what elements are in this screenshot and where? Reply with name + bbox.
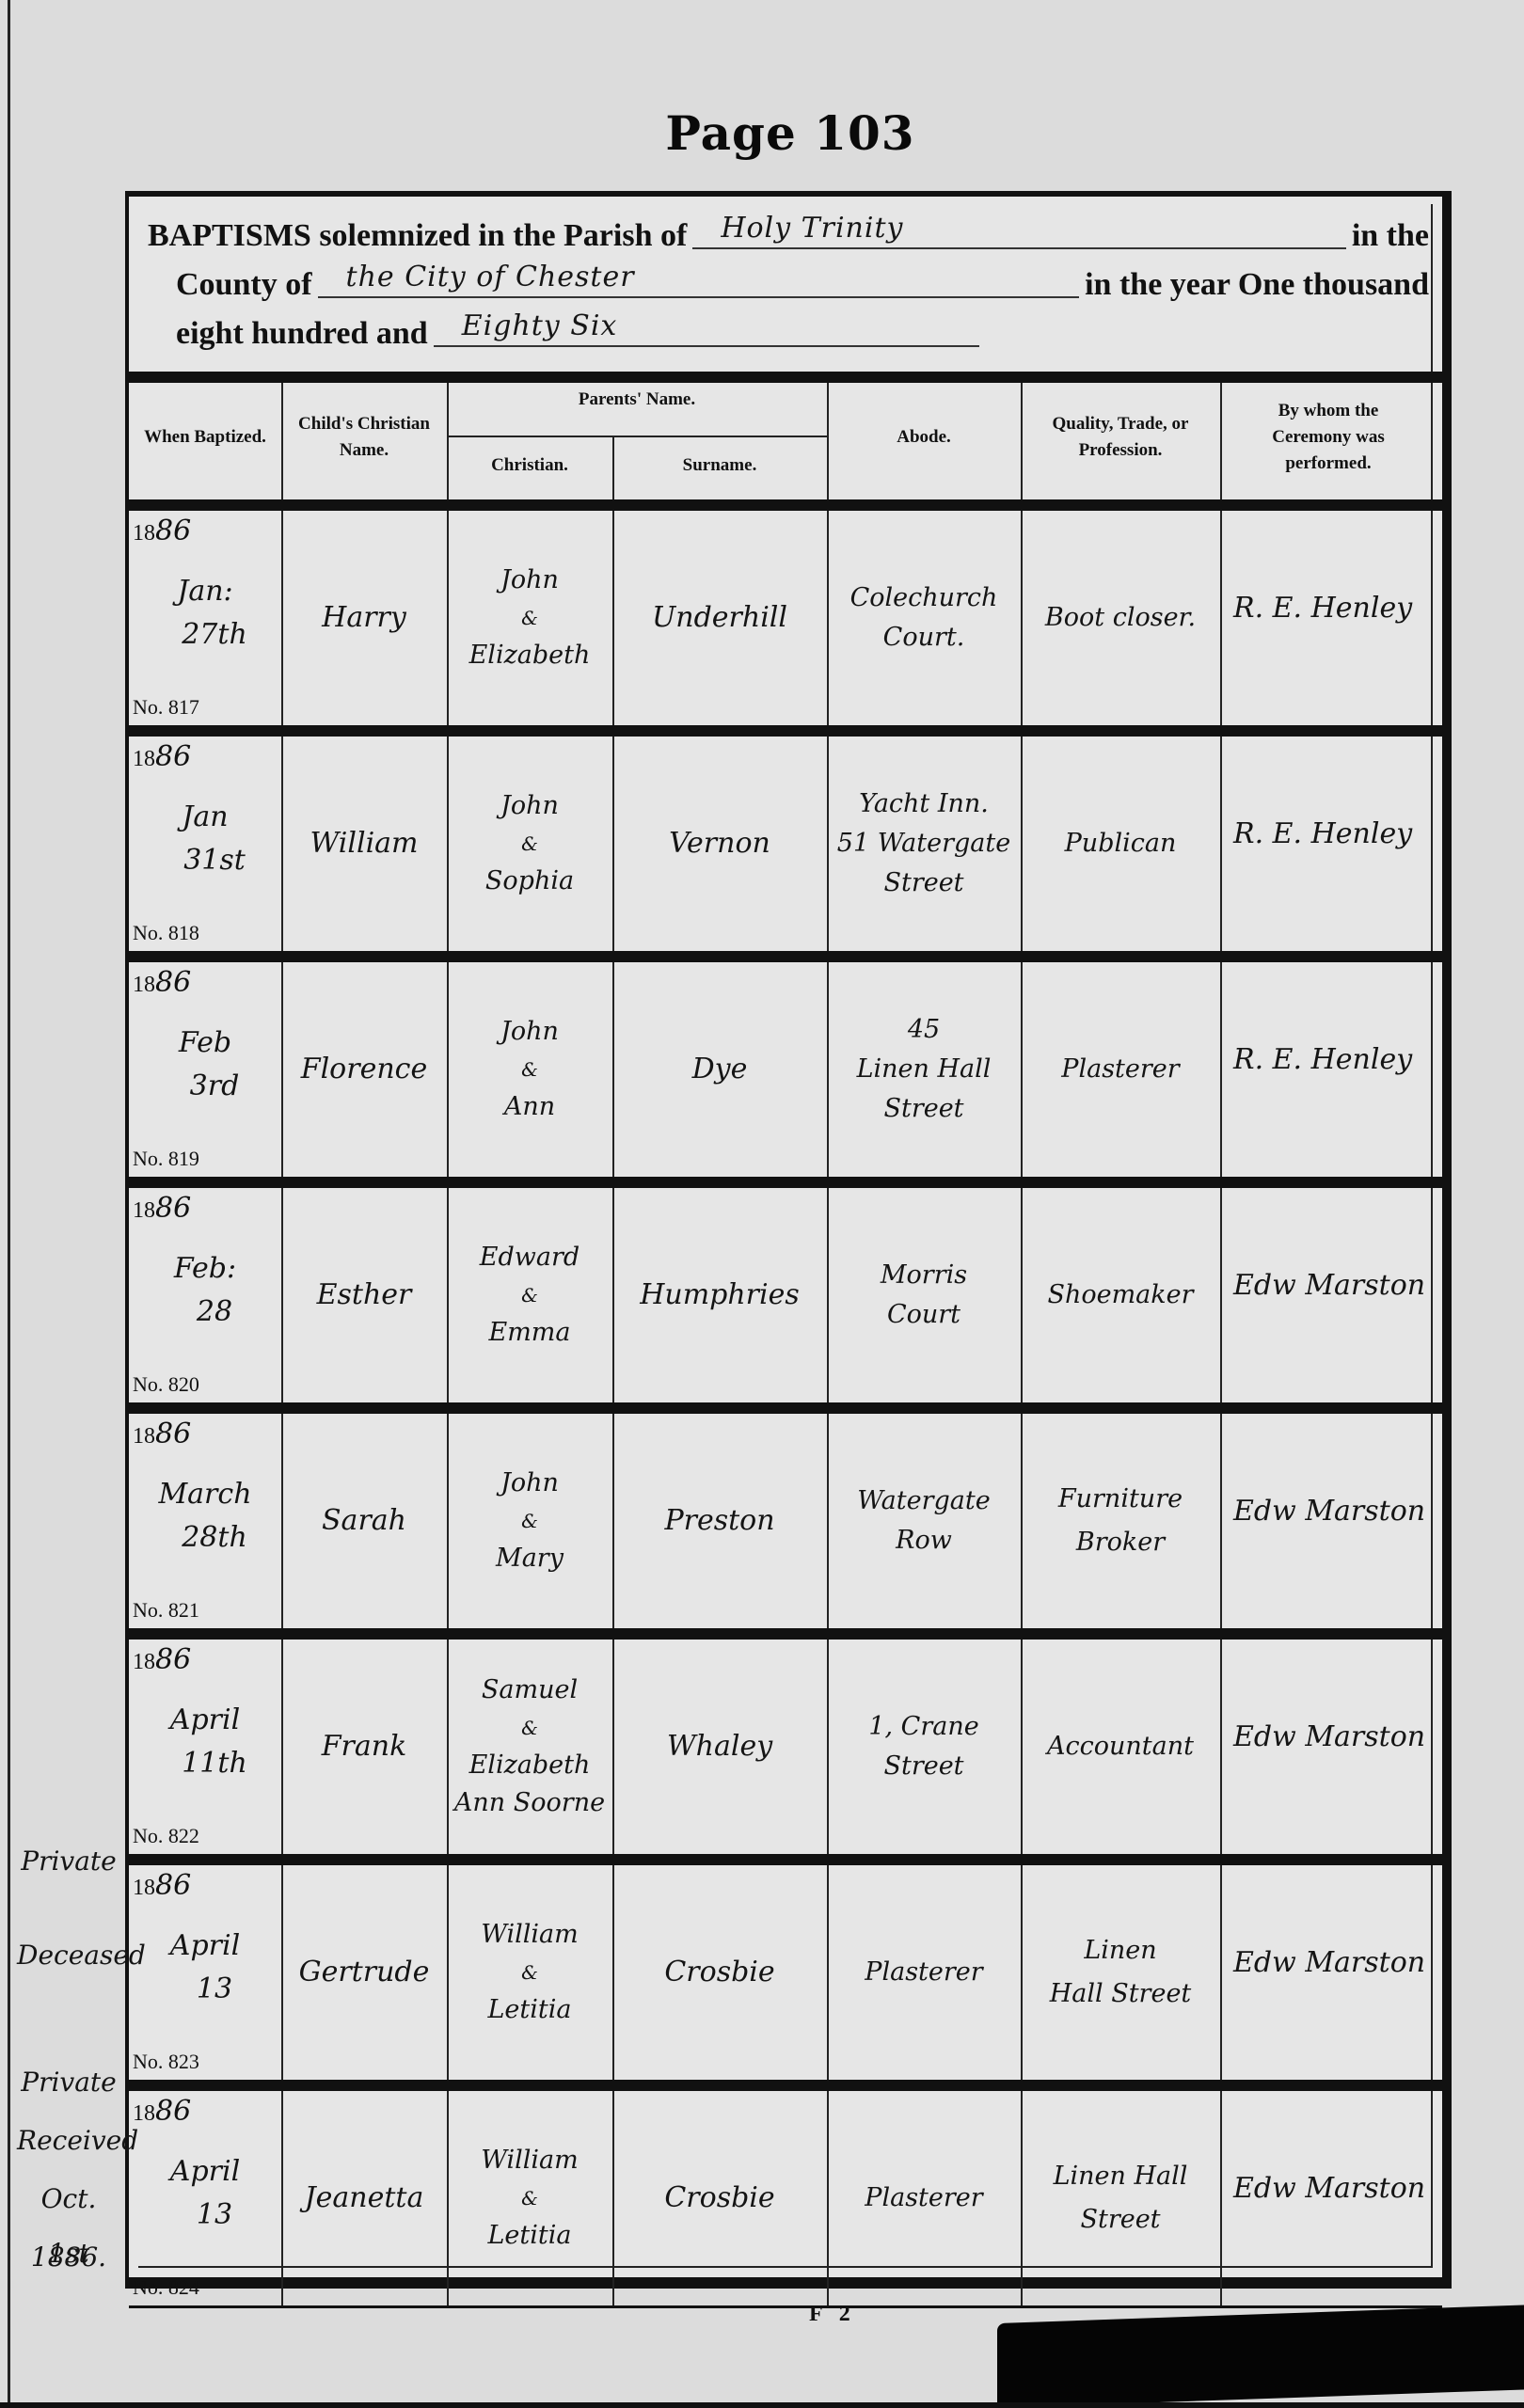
column-divider — [827, 2091, 829, 2305]
column-divider — [1220, 511, 1222, 725]
abode-line: Court — [887, 1295, 960, 1335]
column-divider — [1220, 1640, 1222, 1854]
abode-line: Street — [883, 863, 963, 903]
rule — [129, 1402, 1442, 1414]
rule — [129, 499, 1442, 511]
column-divider — [827, 511, 829, 725]
column-divider — [827, 1640, 829, 1854]
column-divider — [1021, 962, 1023, 1177]
entry-number: No. 821 — [133, 1598, 199, 1623]
margin-note: Private — [17, 1834, 120, 1889]
column-divider — [1021, 737, 1023, 951]
baptism-day: 28th — [163, 1516, 247, 1560]
year-value: Eighty Six — [462, 304, 618, 349]
when-baptized: Jan31st — [129, 765, 281, 913]
column-divider — [827, 962, 829, 1177]
parent2-name: Letitia — [488, 1991, 572, 2029]
column-divider — [281, 1865, 283, 2080]
parents-surname: Vernon — [612, 737, 827, 951]
column-divider — [281, 1414, 283, 1628]
register-entry: 1886Jan31stWilliamJohn&SophiaVernonYacht… — [129, 737, 1442, 951]
column-divider — [447, 383, 449, 499]
profession-line: Publican — [1065, 822, 1177, 865]
column-divider — [1021, 1188, 1023, 1402]
child-name: Sarah — [281, 1414, 447, 1628]
entry-number: No. 818 — [133, 921, 199, 945]
column-divider — [1220, 962, 1222, 1177]
parent2-name: Emma — [488, 1314, 570, 1352]
column-divider — [612, 2091, 614, 2305]
parents-christian: Edward&Emma — [447, 1197, 612, 1393]
column-divider — [1021, 511, 1023, 725]
register-grid: When Baptized. Child's Christian Name. P… — [129, 372, 1442, 2277]
profession: Accountant — [1021, 1649, 1220, 1845]
parents-christian: John&Mary — [447, 1423, 612, 1619]
parents-surname: Crosbie — [612, 1865, 827, 2080]
child-name: Gertrude — [281, 1865, 447, 2080]
column-divider — [827, 1188, 829, 1402]
baptism-month: April — [170, 1925, 240, 1968]
column-divider — [612, 1414, 614, 1628]
profession-line: Furniture — [1058, 1478, 1183, 1521]
column-divider — [1021, 1640, 1023, 1854]
parents-surname: Preston — [612, 1414, 827, 1628]
heading-text: County of — [176, 262, 312, 308]
column-divider — [281, 1640, 283, 1854]
abode-line: Watergate — [857, 1481, 990, 1521]
child-name: William — [281, 737, 447, 951]
abode: Plasterer — [827, 2100, 1021, 2296]
parents-christian: John&Ann — [447, 972, 612, 1167]
when-baptized: Feb:28 — [129, 1216, 281, 1365]
baptism-register: BAPTISMS solemnized in the Parish of Hol… — [125, 191, 1452, 2289]
abode: MorrisCourt — [827, 1197, 1021, 1393]
baptism-month: March — [158, 1473, 251, 1516]
abode: 1, CraneStreet — [827, 1649, 1021, 1845]
margin-note: 1886. — [17, 2230, 120, 2285]
rule — [129, 725, 1442, 737]
baptism-month: April — [170, 2150, 240, 2194]
col-parents: Parents' Name. — [447, 381, 827, 419]
profession: FurnitureBroker — [1021, 1423, 1220, 1619]
parent1-name: Edward — [480, 1239, 579, 1276]
entry-number: No. 820 — [133, 1372, 199, 1397]
heading-text: in the — [1352, 214, 1429, 259]
when-baptized: March28th — [129, 1442, 281, 1591]
parents-christian: William&Letitia — [447, 1875, 612, 2070]
parent2-name: Ann — [504, 1088, 555, 1126]
entry-number: No. 824 — [133, 2275, 199, 2300]
child-name: Jeanetta — [281, 2091, 447, 2305]
rule — [129, 1854, 1442, 1865]
baptism-day: 11th — [163, 1742, 247, 1785]
register-entry: 1886Feb:28EstherEdward&EmmaHumphriesMorr… — [129, 1188, 1442, 1402]
parents-surname: Crosbie — [612, 2091, 827, 2305]
when-baptized: April11th — [129, 1668, 281, 1816]
profession-line: Boot closer. — [1045, 596, 1196, 640]
rule — [129, 1628, 1442, 1640]
parents-joiner: & — [521, 1709, 538, 1747]
column-divider — [612, 962, 614, 1177]
rule — [129, 2305, 1442, 2308]
column-divider — [281, 511, 283, 725]
register-entry: 1886Jan:27thHarryJohn&ElizabethUnderhill… — [129, 511, 1442, 725]
column-divider — [281, 2091, 283, 2305]
abode-line: Court. — [883, 618, 965, 657]
parent1-name: John — [500, 1465, 559, 1502]
abode: Yacht Inn.51 WatergateStreet — [827, 746, 1021, 942]
column-divider — [447, 1865, 449, 2080]
profession-line: Accountant — [1047, 1725, 1194, 1768]
officiant: Edw Marston — [1220, 1640, 1455, 1835]
rule — [129, 2080, 1442, 2091]
baptism-month: Jan: — [177, 570, 232, 613]
year-field: Eighty Six — [434, 308, 979, 347]
baptism-month: Jan — [182, 796, 228, 839]
column-divider — [1220, 1865, 1222, 2080]
page-edge — [8, 0, 10, 2408]
county-field: the City of Chester — [318, 259, 1080, 298]
abode-line: Plasterer — [865, 1953, 982, 1992]
col-parents-christian: Christian. — [447, 437, 612, 494]
parent2-name: Sophia — [485, 863, 574, 900]
heading-text: BAPTISMS solemnized in the Parish of — [148, 214, 687, 259]
officiant: R. E. Henley — [1220, 737, 1455, 932]
parent1-name: Samuel — [482, 1671, 578, 1709]
register-entry: 1886April11thFrankSamuel&Elizabeth Ann S… — [129, 1640, 1442, 1854]
column-divider — [1220, 737, 1222, 951]
col-officiant: By whom the Ceremony was performed. — [1220, 381, 1437, 494]
parents-surname: Underhill — [612, 511, 827, 725]
profession: Shoemaker — [1021, 1197, 1220, 1393]
parent2-name: Letitia — [488, 2217, 572, 2255]
margin-note: Received — [17, 2114, 120, 2168]
profession: Publican — [1021, 746, 1220, 942]
abode: ColechurchCourt. — [827, 520, 1021, 716]
parents-joiner: & — [521, 825, 538, 863]
rule — [129, 951, 1442, 962]
heading-text: in the year One thousand — [1085, 262, 1429, 308]
parish-field: Holy Trinity — [692, 210, 1346, 249]
column-divider — [447, 1640, 449, 1854]
parent1-name: John — [500, 562, 559, 599]
column-divider — [612, 511, 614, 725]
child-name: Esther — [281, 1188, 447, 1402]
baptism-day: 13 — [178, 1968, 232, 2011]
parents-joiner: & — [521, 1502, 538, 1540]
column-divider — [447, 962, 449, 1177]
column-divider — [1220, 1188, 1222, 1402]
col-quality: Quality, Trade, or Profession. — [1021, 381, 1220, 494]
profession: Linen HallStreet — [1021, 2100, 1220, 2296]
column-divider — [447, 1188, 449, 1402]
parent2-name: Mary — [496, 1540, 564, 1577]
abode-line: 1, Crane — [868, 1707, 978, 1747]
col-when: When Baptized. — [129, 381, 281, 494]
officiant: Edw Marston — [1220, 1865, 1455, 2061]
column-divider — [1220, 2091, 1222, 2305]
parent2-name: Elizabeth — [469, 637, 591, 674]
officiant: R. E. Henley — [1220, 962, 1455, 1158]
column-divider — [447, 2091, 449, 2305]
parents-joiner: & — [521, 2179, 538, 2217]
parents-christian: John&Sophia — [447, 746, 612, 942]
column-divider — [1021, 383, 1023, 499]
parish-value: Holy Trinity — [721, 206, 903, 251]
heading-line-county: County of the City of Chester in the yea… — [148, 259, 1429, 308]
column-divider — [612, 1188, 614, 1402]
column-divider — [447, 511, 449, 725]
abode-line: 51 Watergate — [837, 824, 1010, 863]
heading-line-parish: BAPTISMS solemnized in the Parish of Hol… — [148, 210, 1429, 259]
baptism-month: Feb: — [174, 1247, 236, 1291]
column-divider — [1021, 2091, 1023, 2305]
officiant: R. E. Henley — [1220, 511, 1455, 706]
profession-line: Shoemaker — [1047, 1274, 1193, 1317]
parents-christian: Samuel&Elizabeth Ann Soorne — [447, 1649, 612, 1845]
baptism-day: 27th — [163, 613, 247, 657]
column-divider — [1220, 383, 1222, 499]
child-name: Harry — [281, 511, 447, 725]
baptism-day: 31st — [165, 839, 246, 882]
when-baptized: April13 — [129, 1893, 281, 2042]
parents-joiner: & — [521, 1954, 538, 1991]
child-name: Florence — [281, 962, 447, 1177]
scan-edge — [0, 2402, 1524, 2408]
baptism-day: 3rd — [171, 1065, 240, 1108]
when-baptized: Jan:27th — [129, 539, 281, 688]
entry-number: No. 817 — [133, 695, 199, 720]
page-title: Page 103 — [0, 105, 1524, 161]
parent1-name: John — [500, 1013, 559, 1051]
col-abode: Abode. — [827, 381, 1021, 494]
officiant: Edw Marston — [1220, 1414, 1455, 1609]
profession-line: Broker — [1076, 1521, 1165, 1564]
column-divider — [281, 1188, 283, 1402]
profession-line: Hall Street — [1050, 1972, 1192, 2016]
column-divider — [827, 1414, 829, 1628]
parents-christian: John&Elizabeth — [447, 520, 612, 716]
margin-note: Deceased — [17, 1928, 120, 1983]
profession-line: Linen — [1084, 1929, 1156, 1972]
abode-line: Morris — [881, 1256, 967, 1295]
profession-line: Street — [1080, 2198, 1160, 2242]
profession-line: Linen Hall — [1054, 2155, 1188, 2198]
abode-line: Colechurch — [850, 578, 998, 618]
when-baptized: Feb3rd — [129, 990, 281, 1139]
parent1-name: William — [481, 2142, 579, 2179]
parents-joiner: & — [521, 1276, 538, 1314]
column-divider — [1021, 1865, 1023, 2080]
column-divider — [827, 383, 829, 499]
abode: Plasterer — [827, 1875, 1021, 2070]
column-divider — [281, 737, 283, 951]
column-divider — [447, 1414, 449, 1628]
abode: 45Linen HallStreet — [827, 972, 1021, 1167]
parents-joiner: & — [521, 1051, 538, 1088]
footer-mark: F 2 — [809, 2302, 856, 2327]
column-divider — [612, 1865, 614, 2080]
profession: Boot closer. — [1021, 520, 1220, 716]
column-divider — [281, 962, 283, 1177]
column-divider — [612, 1640, 614, 1854]
when-baptized: April13 — [129, 2119, 281, 2268]
rule — [129, 1177, 1442, 1188]
register-entry: 1886April13GertrudeWilliam&LetitiaCrosbi… — [129, 1865, 1442, 2080]
column-divider — [827, 737, 829, 951]
baptism-month: Feb — [179, 1022, 231, 1065]
abode-line: Row — [896, 1521, 952, 1560]
register-entry: 1886April13JeanettaWilliam&LetitiaCrosbi… — [129, 2091, 1442, 2305]
margin-note: Private — [17, 2055, 120, 2110]
abode-line: Street — [883, 1747, 963, 1786]
profession: Plasterer — [1021, 972, 1220, 1167]
profession: LinenHall Street — [1021, 1875, 1220, 2070]
column-divider — [1220, 1414, 1222, 1628]
column-divider — [1021, 1414, 1023, 1628]
entry-number: No. 819 — [133, 1147, 199, 1171]
scan-shadow — [997, 2305, 1524, 2408]
entry-number: No. 823 — [133, 2050, 199, 2074]
abode-line: Street — [883, 1089, 963, 1129]
parent1-name: John — [500, 787, 559, 825]
county-value: the City of Chester — [346, 255, 635, 300]
heading-text: eight hundred and — [176, 311, 428, 356]
parent2-name: Elizabeth Ann Soorne — [447, 1747, 612, 1822]
register-entry: 1886March28thSarahJohn&MaryPrestonWaterg… — [129, 1414, 1442, 1628]
officiant: Edw Marston — [1220, 2091, 1455, 2287]
heading-line-year: eight hundred and Eighty Six — [148, 308, 985, 356]
parent1-name: William — [481, 1916, 579, 1954]
column-divider — [612, 737, 614, 951]
baptism-day: 13 — [178, 2194, 232, 2237]
child-name: Frank — [281, 1640, 447, 1854]
entry-number: No. 822 — [133, 1824, 199, 1848]
baptism-month: April — [170, 1699, 240, 1742]
parents-surname: Whaley — [612, 1640, 827, 1854]
register-heading: BAPTISMS solemnized in the Parish of Hol… — [148, 210, 1429, 351]
column-divider — [281, 383, 283, 499]
profession-line: Plasterer — [1061, 1048, 1179, 1091]
col-child: Child's Christian Name. — [281, 381, 447, 494]
baptism-day: 28 — [178, 1291, 232, 1334]
abode-line: Plasterer — [865, 2178, 982, 2218]
column-divider — [612, 437, 614, 499]
abode-line: Linen Hall — [857, 1050, 992, 1089]
parents-surname: Humphries — [612, 1188, 827, 1402]
column-divider — [827, 1865, 829, 2080]
abode-line: Yacht Inn. — [859, 784, 989, 824]
officiant: Edw Marston — [1220, 1188, 1455, 1384]
column-divider — [447, 737, 449, 951]
parents-joiner: & — [521, 599, 538, 637]
abode-line: 45 — [908, 1010, 940, 1050]
parents-surname: Dye — [612, 962, 827, 1177]
register-entry: 1886Feb3rdFlorenceJohn&AnnDye45Linen Hal… — [129, 962, 1442, 1177]
abode: WatergateRow — [827, 1423, 1021, 1619]
col-parents-surname: Surname. — [612, 437, 827, 494]
parents-christian: William&Letitia — [447, 2100, 612, 2296]
